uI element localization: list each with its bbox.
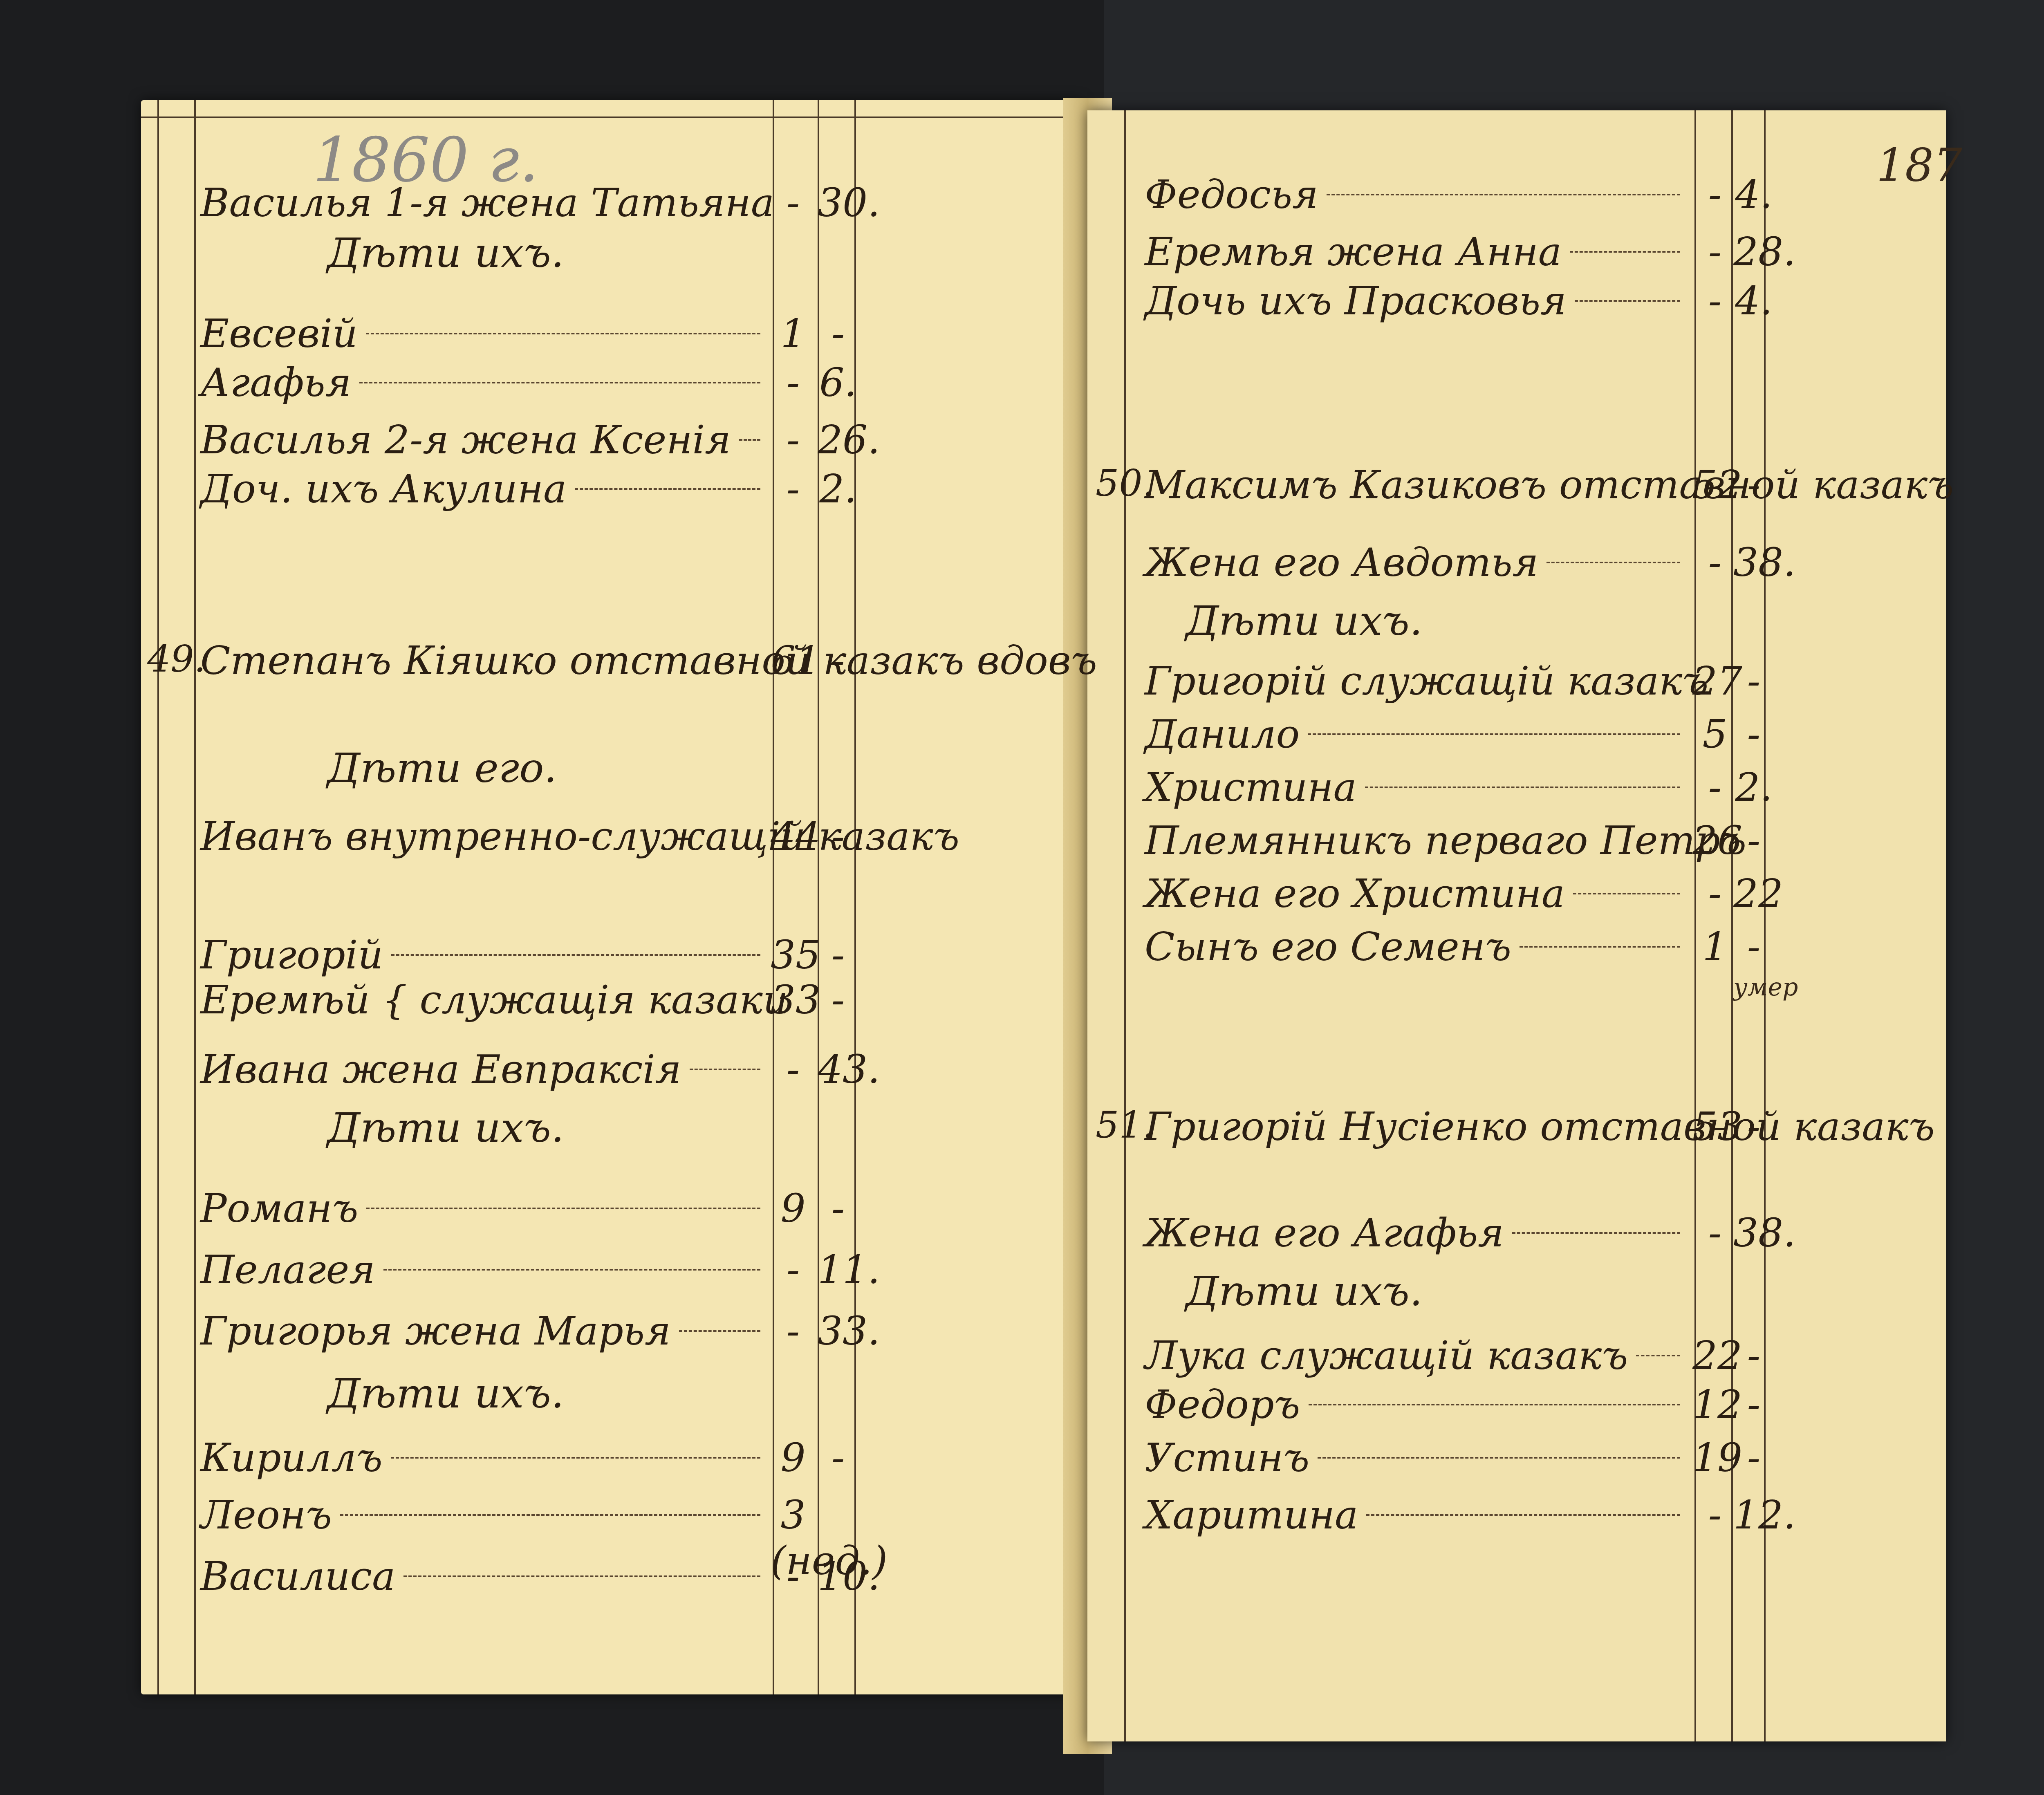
female-age: 38. bbox=[1733, 1210, 1774, 1256]
register-row: Василья 1-я жена Татьяна bbox=[200, 180, 769, 226]
male-age: 33 bbox=[771, 977, 816, 1023]
person-name: Еремѣй { служащія казаки bbox=[200, 977, 788, 1023]
male-age: - bbox=[771, 466, 816, 512]
name-column-rule bbox=[1124, 110, 1126, 1741]
register-row: Жена его Авдотья bbox=[1145, 540, 1688, 585]
leader-dashes bbox=[1365, 787, 1680, 788]
leader-dashes bbox=[1318, 1457, 1680, 1459]
person-name: Лука служащій казакъ bbox=[1145, 1333, 1628, 1378]
female-age: 2. bbox=[818, 466, 858, 512]
person-name: Кириллъ bbox=[200, 1435, 383, 1481]
female-age: 4. bbox=[1733, 278, 1774, 324]
leader-dashes bbox=[690, 1069, 760, 1070]
male-age: 44 bbox=[771, 813, 816, 859]
leader-dashes bbox=[391, 1457, 760, 1459]
male-age: - bbox=[771, 180, 816, 226]
person-name: Дочь ихъ Прасковья bbox=[1145, 278, 1567, 324]
register-row: Данило bbox=[1145, 711, 1688, 757]
register-row: Жена его Христина bbox=[1145, 871, 1688, 917]
leader-dashes bbox=[1575, 300, 1680, 302]
register-row: Григорій служащій казакъ bbox=[1145, 658, 1688, 704]
person-name: Сынъ его Семенъ bbox=[1145, 924, 1511, 970]
female-age: - bbox=[1733, 1382, 1774, 1427]
leader-dashes bbox=[383, 1269, 760, 1271]
female-age: - bbox=[1733, 658, 1774, 704]
male-age: - bbox=[1692, 229, 1737, 275]
male-age: 1 bbox=[771, 311, 816, 356]
register-row: Леонъ bbox=[200, 1492, 769, 1538]
person-name: Племянникъ перваго Петръ bbox=[1145, 818, 1746, 863]
register-row: Василья 2-я жена Ксенія bbox=[200, 417, 769, 463]
register-row: Сынъ его Семенъ bbox=[1145, 924, 1688, 970]
margin-rule bbox=[157, 100, 159, 1694]
person-name: Степанъ Кіяшко отставной казакъ вдовъ bbox=[200, 638, 1097, 683]
male-age: 61 bbox=[771, 638, 816, 683]
female-age: 30. bbox=[818, 180, 858, 226]
register-row: Лука служащій казакъ bbox=[1145, 1333, 1688, 1378]
male-age: 19 bbox=[1692, 1435, 1737, 1481]
person-name: Максимъ Казиковъ отставной казакъ bbox=[1145, 462, 1954, 508]
section-heading: Дѣти ихъ. bbox=[1186, 1267, 1423, 1315]
leader-dashes bbox=[1308, 733, 1680, 735]
register-row: Григорій bbox=[200, 932, 769, 978]
leader-dashes bbox=[366, 333, 760, 334]
margin-note: умер bbox=[1733, 973, 1798, 1002]
male-age: 22 bbox=[1692, 1333, 1737, 1378]
register-row: Федосья bbox=[1145, 172, 1688, 217]
female-age: - bbox=[818, 311, 858, 356]
female-age: - bbox=[818, 1435, 858, 1481]
register-row: Григорій Нусіенко отставной казакъ bbox=[1145, 1104, 1688, 1150]
leader-dashes bbox=[359, 382, 760, 383]
register-row: Еремѣя жена Анна bbox=[1145, 229, 1688, 275]
female-age: - bbox=[1733, 1333, 1774, 1378]
section-heading: Дѣти ихъ. bbox=[1186, 597, 1423, 645]
register-row: Максимъ Казиковъ отставной казакъ bbox=[1145, 462, 1688, 508]
person-name: Григорья жена Марья bbox=[200, 1308, 671, 1354]
female-age: - bbox=[818, 638, 858, 683]
person-name: Леонъ bbox=[200, 1492, 332, 1538]
folio-number: 187 bbox=[1876, 139, 1962, 191]
person-name: Доч. ихъ Акулина bbox=[200, 466, 567, 512]
person-name: Ивана жена Евпраксія bbox=[200, 1047, 681, 1092]
female-age: 38. bbox=[1733, 540, 1774, 585]
leader-dashes bbox=[1327, 194, 1680, 195]
register-row: Романъ bbox=[200, 1185, 769, 1231]
section-heading: Дѣти ихъ. bbox=[327, 229, 564, 277]
person-name: Романъ bbox=[200, 1185, 358, 1231]
register-row: Кириллъ bbox=[200, 1435, 769, 1481]
male-age: 27 bbox=[1692, 658, 1737, 704]
female-age: - bbox=[1733, 1104, 1774, 1150]
leader-dashes bbox=[1636, 1355, 1680, 1356]
person-name: Василья 2-я жена Ксенія bbox=[200, 417, 731, 463]
leader-dashes bbox=[1546, 562, 1680, 563]
person-name: Григорій bbox=[200, 932, 383, 978]
register-row: Агафья bbox=[200, 360, 769, 406]
person-name: Жена его Агафья bbox=[1145, 1210, 1504, 1256]
register-row: Харитина bbox=[1145, 1492, 1688, 1538]
male-age: - bbox=[771, 1247, 816, 1293]
person-name: Жена его Авдотья bbox=[1145, 540, 1538, 585]
leader-dashes bbox=[1366, 1514, 1680, 1516]
register-row: Жена его Агафья bbox=[1145, 1210, 1688, 1256]
register-row: Дочь ихъ Прасковья bbox=[1145, 278, 1688, 324]
male-age: 53 bbox=[1692, 1104, 1737, 1150]
male-age: 1 bbox=[1692, 924, 1737, 970]
section-heading: Дѣти его. bbox=[327, 744, 557, 792]
male-age: 5 bbox=[1692, 711, 1737, 757]
register-row: Доч. ихъ Акулина bbox=[200, 466, 769, 512]
household-number: 49. bbox=[147, 638, 206, 681]
leader-dashes bbox=[1309, 1404, 1680, 1405]
female-age: - bbox=[1733, 711, 1774, 757]
person-name: Григорій служащій казакъ bbox=[1145, 658, 1708, 704]
person-name: Устинъ bbox=[1145, 1435, 1309, 1481]
person-name: Василиса bbox=[200, 1553, 395, 1599]
register-row: Пелагея bbox=[200, 1247, 769, 1293]
female-age: 2. bbox=[1733, 764, 1774, 810]
female-age: - bbox=[818, 1185, 858, 1231]
person-name: Евсевій bbox=[200, 311, 358, 356]
leader-dashes bbox=[340, 1514, 760, 1516]
person-name: Григорій Нусіенко отставной казакъ bbox=[1145, 1104, 1935, 1150]
register-row: Устинъ bbox=[1145, 1435, 1688, 1481]
female-age: 12. bbox=[1733, 1492, 1774, 1538]
female-age: - bbox=[818, 813, 858, 859]
leader-dashes bbox=[739, 439, 760, 441]
male-age: 35 bbox=[771, 932, 816, 978]
female-age: 43. bbox=[818, 1047, 858, 1092]
female-age: 33. bbox=[818, 1308, 858, 1354]
male-age: - bbox=[1692, 1210, 1737, 1256]
person-name: Жена его Христина bbox=[1145, 871, 1565, 917]
register-row: Григорья жена Марья bbox=[200, 1308, 769, 1354]
female-age: - bbox=[1733, 924, 1774, 970]
person-name: Федоръ bbox=[1145, 1382, 1300, 1427]
male-age: - bbox=[1692, 1492, 1737, 1538]
male-age: - bbox=[771, 1308, 816, 1354]
register-row: Василиса bbox=[200, 1553, 769, 1599]
name-column-rule bbox=[194, 100, 196, 1694]
male-age: - bbox=[1692, 278, 1737, 324]
female-age: 6. bbox=[818, 360, 858, 406]
leader-dashes bbox=[1512, 1232, 1680, 1234]
leader-dashes bbox=[403, 1575, 760, 1577]
top-rule bbox=[141, 117, 1081, 118]
male-age: - bbox=[1692, 540, 1737, 585]
female-age: 28. bbox=[1733, 229, 1774, 275]
register-row: Евсевій bbox=[200, 311, 769, 356]
male-age: - bbox=[1692, 871, 1737, 917]
male-age: 9 bbox=[771, 1435, 816, 1481]
leader-dashes bbox=[391, 954, 760, 956]
male-age: - bbox=[1692, 764, 1737, 810]
leader-dashes bbox=[679, 1330, 760, 1332]
male-age: 9 bbox=[771, 1185, 816, 1231]
male-age: 26 bbox=[1692, 818, 1737, 863]
section-heading: Дѣти ихъ. bbox=[327, 1104, 564, 1152]
male-age: - bbox=[771, 1553, 816, 1599]
male-age: 52 bbox=[1692, 462, 1737, 508]
person-name: Федосья bbox=[1145, 172, 1318, 217]
person-name: Василья 1-я жена Татьяна bbox=[200, 180, 774, 226]
female-age: - bbox=[818, 977, 858, 1023]
male-age: 12 bbox=[1692, 1382, 1737, 1427]
leader-dashes bbox=[1570, 251, 1680, 253]
male-age: - bbox=[771, 417, 816, 463]
leader-dashes bbox=[1520, 946, 1680, 948]
female-age: 22 bbox=[1733, 871, 1774, 917]
register-row: Христина bbox=[1145, 764, 1688, 810]
female-age: - bbox=[818, 932, 858, 978]
section-heading: Дѣти ихъ. bbox=[327, 1369, 564, 1417]
female-age: - bbox=[1733, 462, 1774, 508]
female-age: 4. bbox=[1733, 172, 1774, 217]
leader-dashes bbox=[575, 488, 760, 490]
female-age: 11. bbox=[818, 1247, 858, 1293]
female-age: 10. bbox=[818, 1553, 858, 1599]
person-name: Харитина bbox=[1145, 1492, 1358, 1538]
female-age: - bbox=[1733, 818, 1774, 863]
male-age: - bbox=[771, 360, 816, 406]
register-row: Племянникъ перваго Петръ bbox=[1145, 818, 1688, 863]
person-name: Еремѣя жена Анна bbox=[1145, 229, 1562, 275]
person-name: Агафья bbox=[200, 360, 351, 406]
leader-dashes bbox=[1573, 893, 1680, 894]
register-row: Федоръ bbox=[1145, 1382, 1688, 1427]
female-age: 26. bbox=[818, 417, 858, 463]
male-age: - bbox=[771, 1047, 816, 1092]
female-age: - bbox=[1733, 1435, 1774, 1481]
register-row: Иванъ внутренно-служащій казакъ bbox=[200, 813, 769, 859]
register-row: Еремѣй { служащія казаки bbox=[200, 977, 769, 1023]
male-age: - bbox=[1692, 172, 1737, 217]
register-row: Ивана жена Евпраксія bbox=[200, 1047, 769, 1092]
person-name: Христина bbox=[1145, 764, 1357, 810]
person-name: Пелагея bbox=[200, 1247, 375, 1293]
person-name: Данило bbox=[1145, 711, 1300, 757]
register-row: Степанъ Кіяшко отставной казакъ вдовъ bbox=[200, 638, 769, 683]
leader-dashes bbox=[366, 1208, 760, 1209]
